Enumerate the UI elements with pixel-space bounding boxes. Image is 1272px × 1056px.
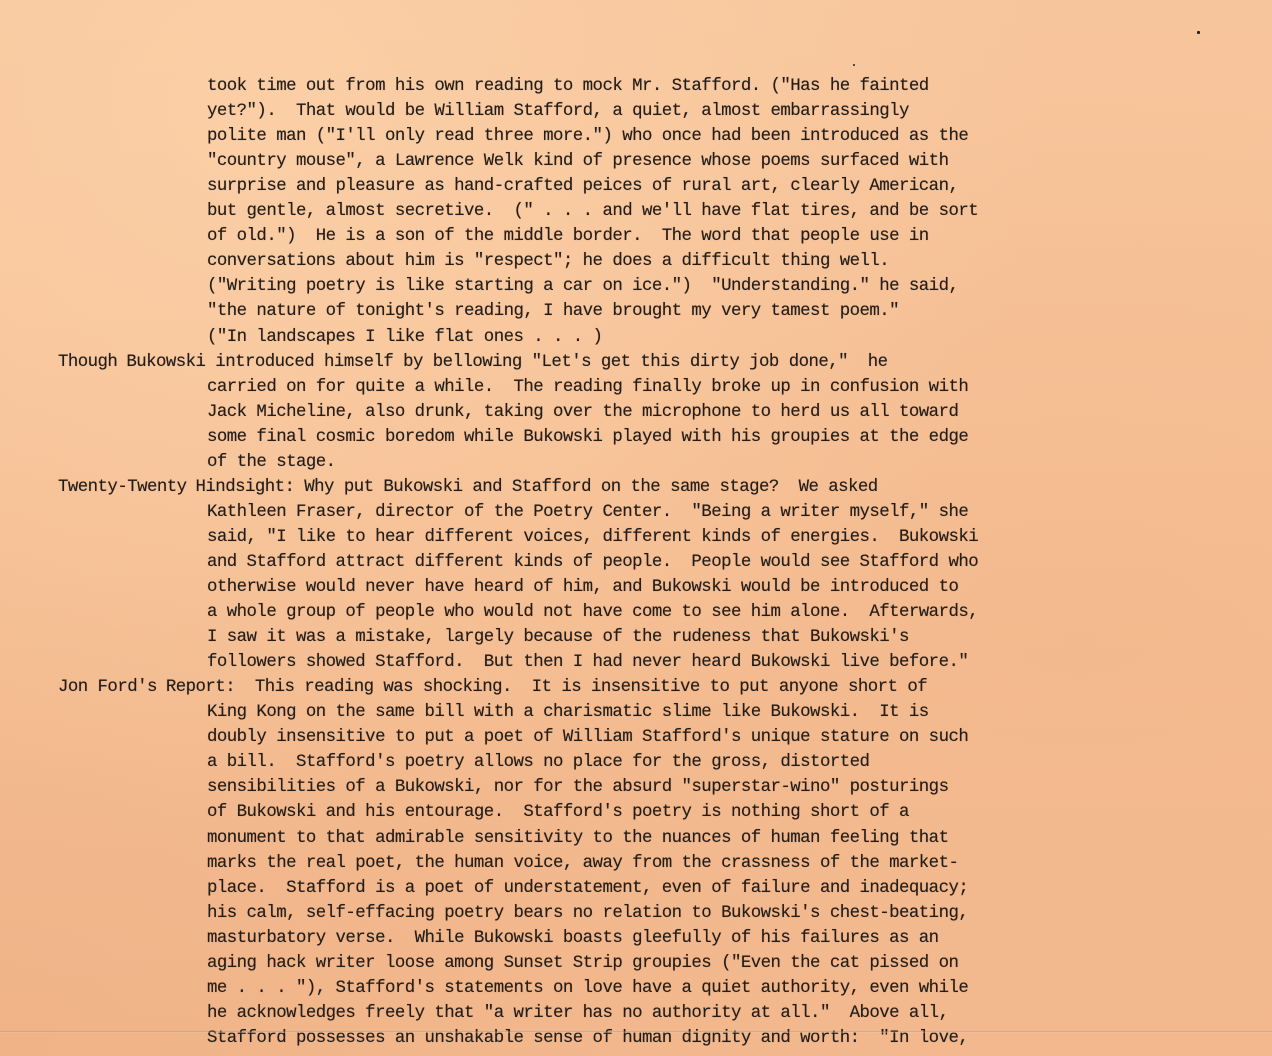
text-line: and Stafford attract different kinds of … (207, 552, 978, 574)
paper-speck (1197, 31, 1200, 34)
text-line: monument to that admirable sensitivity t… (207, 828, 948, 850)
section-lead-label: Jon Ford's (58, 677, 157, 699)
text-line: "country mouse", a Lawrence Welk kind of… (207, 151, 948, 173)
text-line: took time out from his own reading to mo… (207, 76, 929, 98)
text-line: surprise and pleasure as hand-crafted pe… (207, 176, 958, 198)
text-line: some final cosmic boredom while Bukowski… (207, 427, 968, 449)
text-line: of old.") He is a son of the middle bord… (207, 226, 929, 248)
text-line: marks the real poet, the human voice, aw… (207, 853, 958, 875)
text-line: of the stage. (207, 452, 336, 474)
text-line: but gentle, almost secretive. (" . . . a… (207, 201, 978, 223)
text-line: his calm, self-effacing poetry bears no … (207, 903, 968, 925)
text-line: conversations about him is "respect"; he… (207, 251, 889, 273)
text-line: Bukowski introduced himself by bellowing… (126, 352, 887, 374)
text-line: a bill. Stafford's poetry allows no plac… (207, 752, 869, 774)
text-line: "the nature of tonight's reading, I have… (207, 301, 899, 323)
text-line: Report: This reading was shocking. It is… (166, 677, 927, 699)
text-line: followers showed Stafford. But then I ha… (207, 652, 968, 674)
text-line: of Bukowski and his entourage. Stafford'… (207, 802, 909, 824)
text-line: he acknowledges freely that "a writer ha… (207, 1003, 948, 1025)
text-line: a whole group of people who would not ha… (207, 602, 978, 624)
text-line: ("In landscapes I like flat ones . . . ) (207, 327, 602, 349)
section-lead-label: Twenty-Twenty (58, 477, 187, 499)
text-line: King Kong on the same bill with a charis… (207, 702, 929, 724)
text-line: sensibilities of a Bukowski, nor for the… (207, 777, 948, 799)
text-line: otherwise would never have heard of him,… (207, 577, 958, 599)
document-page: took time out from his own reading to mo… (0, 0, 1272, 1056)
text-line: polite man ("I'll only read three more."… (207, 126, 968, 148)
text-line: yet?"). That would be William Stafford, … (207, 101, 909, 123)
text-line: Kathleen Fraser, director of the Poetry … (207, 502, 968, 524)
text-line: carried on for quite a while. The readin… (207, 377, 968, 399)
text-line: said, "I like to hear different voices, … (207, 527, 978, 549)
text-line: masturbatory verse. While Bukowski boast… (207, 928, 939, 950)
text-line: place. Stafford is a poet of understatem… (207, 878, 968, 900)
paper-speck (853, 64, 855, 66)
text-line: aging hack writer loose among Sunset Str… (207, 953, 958, 975)
section-lead-label: Though (58, 352, 117, 374)
text-line: me . . . "), Stafford's statements on lo… (207, 978, 968, 1000)
text-line: ("Writing poetry is like starting a car … (207, 276, 958, 298)
text-line: Jack Micheline, also drunk, taking over … (207, 402, 958, 424)
paper-fold-line (0, 1031, 1272, 1033)
text-line: I saw it was a mistake, largely because … (207, 627, 909, 649)
text-line: Hindsight: Why put Bukowski and Stafford… (196, 477, 878, 499)
text-line: doubly insensitive to put a poet of Will… (207, 727, 968, 749)
